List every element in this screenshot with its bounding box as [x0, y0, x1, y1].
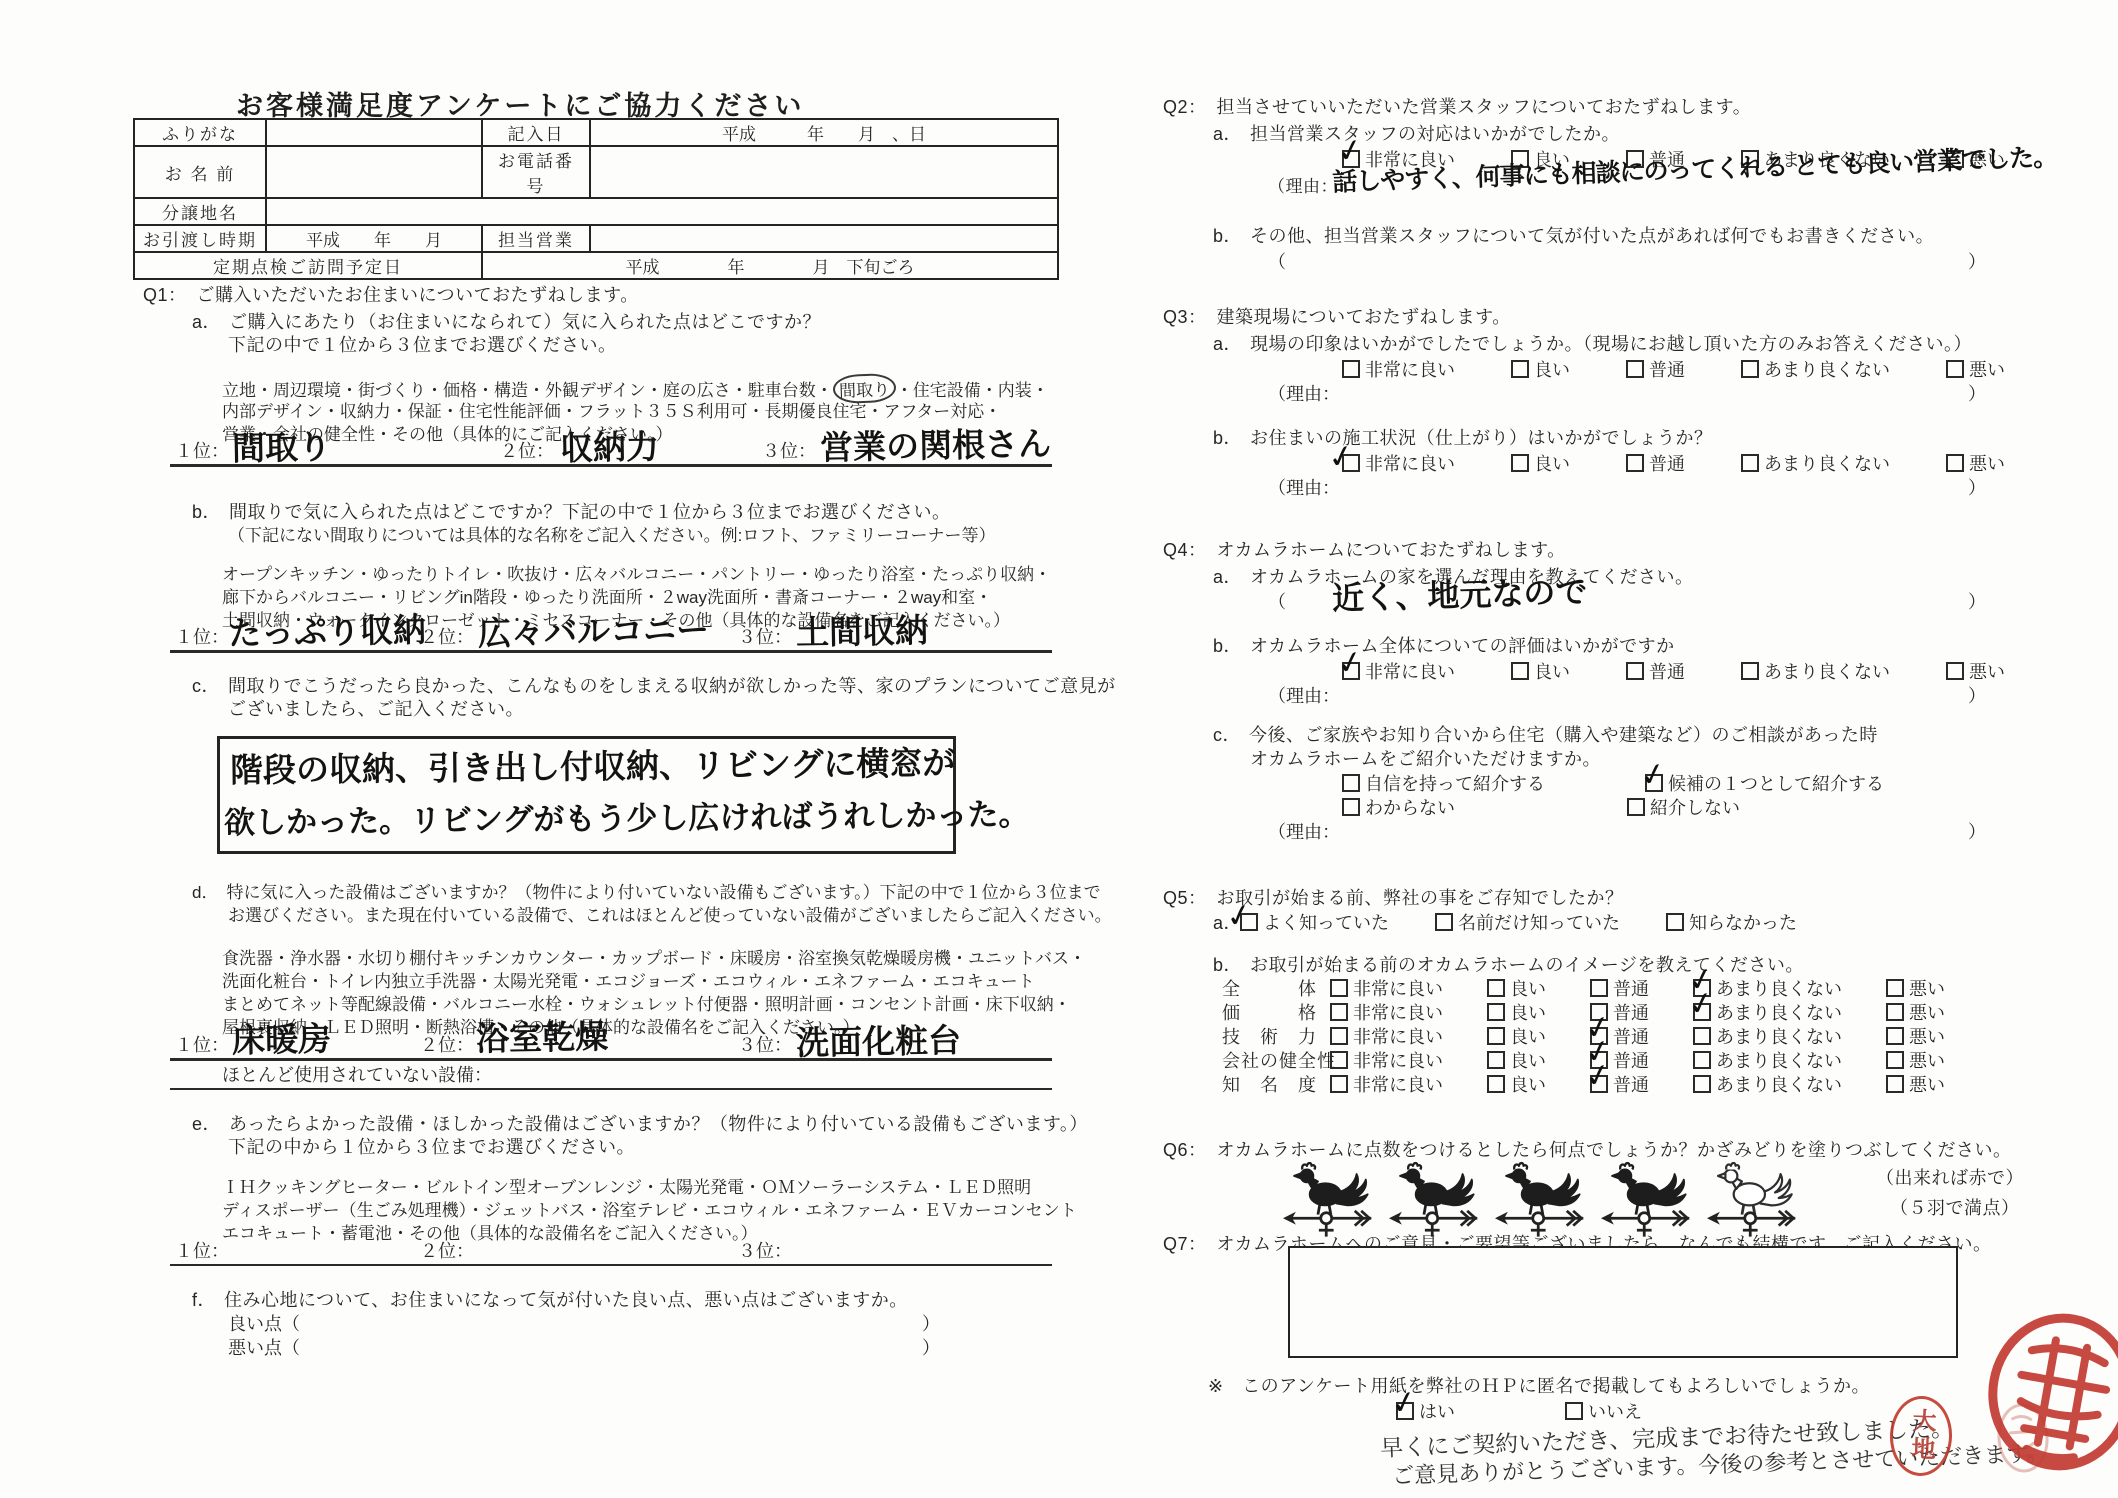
checkbox: [1946, 360, 1964, 378]
lot-name-field[interactable]: [266, 198, 1058, 225]
checkbox-knew-well[interactable]: ✓よく知っていた: [1240, 909, 1389, 935]
weathervane-filled-icon: [1389, 1155, 1481, 1241]
checkbox-normal[interactable]: 普通: [1590, 975, 1649, 1001]
checkbox-not-good[interactable]: あまり良くない: [1741, 356, 1890, 382]
checkbox: [1330, 1027, 1348, 1045]
good-point-label: 良い点（: [228, 1310, 300, 1336]
q1a-option-line-2: 内部デザイン・収納力・保証・住宅性能評価・フラット３５Ｓ利用可・長期優良住宅・ア…: [222, 397, 1001, 422]
checkbox: [1342, 774, 1360, 792]
q1b-option-line-1: オープンキッチン・ゆったりトイレ・吹抜け・広々バルコニー・パントリー・ゆったり浴…: [222, 560, 1051, 585]
checkbox: ✓: [1342, 662, 1360, 680]
checkbox-dont-know[interactable]: わからない: [1342, 794, 1455, 820]
checkbox-normal[interactable]: 普通: [1626, 450, 1685, 476]
checkbox: [1741, 360, 1759, 378]
checkbox-very-good[interactable]: ✓非常に良い: [1342, 658, 1455, 684]
q7-comment-box[interactable]: [1288, 1246, 1958, 1358]
q1-label: Q1：: [143, 285, 187, 305]
q1f-good-line[interactable]: 良い点（）: [228, 1310, 940, 1336]
checkbox-very-good[interactable]: 非常に良い: [1330, 1023, 1443, 1049]
q1d-question-2: お選びください。また現在付いている設備で、これはほとんど使っていない設備がござい…: [228, 901, 1112, 926]
rank1-label: １位：: [175, 1031, 229, 1057]
q1b-rank3-answer: 土間収納: [796, 605, 929, 654]
rank3-label: ３位：: [738, 623, 792, 649]
checkbox-normal[interactable]: 普通: [1626, 356, 1685, 382]
checkbox-bad[interactable]: 悪い: [1886, 1047, 1945, 1073]
checkbox: [1693, 1051, 1711, 1069]
checkbox: [1946, 454, 1964, 472]
q4b-reason-line[interactable]: （理由：）: [1268, 682, 1986, 708]
q1-heading: Q1：ご購入いただいたお住まいについておたずねします。: [143, 281, 639, 307]
checkbox: [1330, 1075, 1348, 1093]
checkbox: [1886, 1003, 1904, 1021]
q6-note-1: （出来れば赤で）: [1876, 1164, 2024, 1190]
checkbox-not-good[interactable]: ✓あまり良くない: [1693, 999, 1842, 1025]
close-paren: ）: [922, 1334, 940, 1360]
checkmark-icon: ✓: [1637, 757, 1669, 793]
q1a-rank-line[interactable]: １位：間取り ２位：収納力 ３位：営業の関根さん: [170, 438, 1052, 467]
checkbox-not-good[interactable]: あまり良くない: [1693, 1071, 1842, 1097]
checkbox-bad[interactable]: 悪い: [1946, 450, 2005, 476]
q1f-question: f．住み心地について、お住まいになって気が付いた良い点、悪い点はございますか。: [192, 1286, 908, 1312]
checkbox: [1886, 1075, 1904, 1093]
q2b-question: b．その他、担当営業スタッフについて気が付いた点があれば何でもお書きください。: [1213, 222, 1934, 248]
checkbox: [1946, 662, 1964, 680]
q4c-question-2: オカムラホームをご紹介いただけますか。: [1250, 745, 1601, 771]
checkbox-very-good[interactable]: 非常に良い: [1330, 975, 1443, 1001]
q1f-bad-line[interactable]: 悪い点（）: [228, 1334, 940, 1360]
entry-date-field[interactable]: 平成 年 月 、日: [590, 119, 1058, 146]
rank2-label: ２位：: [420, 623, 474, 649]
checkbox-very-good[interactable]: 非常に良い: [1330, 999, 1443, 1025]
q1a-rank2-answer: 収納力: [560, 421, 660, 470]
checkbox: ✓: [1240, 913, 1258, 931]
checkbox: [1626, 454, 1644, 472]
checkbox-recommend-confident[interactable]: 自信を持って紹介する: [1342, 770, 1545, 796]
q1a-rank1-answer: 間取り: [232, 421, 332, 470]
q1e-option-line-2: ディスポーザー（生ごみ処理機）・ジェットバス・浴室テレビ・エコウィル・エネファー…: [222, 1196, 1077, 1221]
checkbox: [1886, 979, 1904, 997]
checkbox-bad[interactable]: 悪い: [1946, 356, 2005, 382]
checkbox: [1330, 1003, 1348, 1021]
rank2-label: ２位：: [420, 1031, 474, 1057]
q1d-option-line-3: まとめてネット等配線設備・バルコニー水栓・ウォシュレット付便器・照明計画・コンセ…: [222, 990, 1071, 1015]
q5b-row-soundness: 非常に良い 良い ✓普通 あまり良くない 悪い: [1330, 1047, 1945, 1073]
lot-name-label: 分譲地名: [134, 198, 266, 225]
checkbox: [1487, 1003, 1505, 1021]
weathervane-filled-icon: [1283, 1155, 1375, 1241]
checkbox: ✓: [1645, 774, 1663, 792]
checkbox: [1590, 979, 1608, 997]
q6-weathervane-score[interactable]: [1283, 1155, 1799, 1241]
handover-field[interactable]: 平成 年 月: [266, 225, 482, 252]
checkbox-bad[interactable]: 悪い: [1886, 999, 1945, 1025]
checkbox-bad[interactable]: 悪い: [1886, 975, 1945, 1001]
checkbox-not-good[interactable]: あまり良くない: [1693, 1023, 1842, 1049]
rank2-label: ２位：: [500, 437, 554, 463]
checkbox-good[interactable]: 良い: [1487, 999, 1546, 1025]
sales-rep-field[interactable]: [590, 225, 1058, 252]
q1d-unused-line[interactable]: ほとんど使用されていない設備：: [170, 1062, 1052, 1090]
checkbox: [1342, 798, 1360, 816]
q5b-row-price: 非常に良い 良い 普通 ✓あまり良くない 悪い: [1330, 999, 1945, 1025]
checkbox-wont-recommend[interactable]: 紹介しない: [1627, 794, 1740, 820]
q1e-question-2: 下記の中から１位から３位までお選びください。: [228, 1133, 635, 1159]
q1d-rank1-answer: 床暖房: [232, 1013, 332, 1062]
checkbox: [1487, 1027, 1505, 1045]
furigana-field[interactable]: [266, 119, 482, 146]
rank2-label: ２位：: [420, 1237, 474, 1263]
checkbox-bad[interactable]: 悪い: [1886, 1071, 1945, 1097]
checkbox-good[interactable]: 良い: [1487, 1071, 1546, 1097]
q5b-question: b．お取引が始まる前のオカムラホームのイメージを教えてください。: [1213, 951, 1804, 977]
checkbox-bad[interactable]: 悪い: [1946, 658, 2005, 684]
checkbox: [1342, 360, 1360, 378]
checkbox: ✓: [1590, 1075, 1608, 1093]
q3a-question: a．現場の印象はいかがでしたでしょうか。（現場にお越し頂いた方のみお答えください…: [1213, 330, 1972, 356]
checkbox: [1330, 979, 1348, 997]
rank3-label: ３位：: [738, 1031, 792, 1057]
q3b-question: b．お住まいの施工状況（仕上がり）はいかがでしょうか？: [1213, 424, 1713, 450]
q2b-answer-line[interactable]: （）: [1268, 248, 1986, 274]
checkbox: [1693, 1075, 1711, 1093]
checkbox-good[interactable]: 良い: [1487, 1047, 1546, 1073]
q3b-options: ✓非常に良い 良い 普通 あまり良くない 悪い: [1342, 450, 2005, 476]
checkbox-very-good[interactable]: 非常に良い: [1342, 356, 1455, 382]
q2a-reason-label: （理由：: [1268, 172, 1338, 197]
checkbox: [1511, 662, 1529, 680]
rank1-label: １位：: [175, 623, 229, 649]
checkbox-recommend-candidate[interactable]: ✓候補の１つとして紹介する: [1645, 770, 1884, 796]
checkbox: [1487, 1051, 1505, 1069]
checkbox-very-good[interactable]: 非常に良い: [1330, 1047, 1443, 1073]
checkbox-good[interactable]: 良い: [1487, 975, 1546, 1001]
q5b-row-name: 会社の健全性: [1222, 1047, 1336, 1073]
name-label: お 名 前: [134, 146, 266, 198]
checkbox: [1627, 798, 1645, 816]
q6-note-2: （５羽で満点）: [1890, 1194, 2020, 1220]
q1b-option-line-2: 廊下からバルコニー・リビングin階段・ゆったり洗面所・２way洗面所・書斎コーナ…: [222, 583, 992, 608]
checkbox: [1626, 662, 1644, 680]
checkbox: [1741, 662, 1759, 680]
q4c-options-row2: わからない 紹介しない: [1342, 794, 1740, 820]
q1b-rank2-answer: 広々バルコニー: [478, 604, 710, 655]
checkbox: [1626, 360, 1644, 378]
q1e-option-line-1: ＩＨクッキングヒーター・ビルトイン型オーブンレンジ・太陽光発電・ＯＭソーラーシス…: [222, 1173, 1031, 1198]
survey-sheet: お客様満足度アンケートにご協力ください ふりがな 記入日 平成 年 月 、日 お…: [0, 0, 2118, 1498]
checkbox: [1435, 913, 1453, 931]
q1c-question-2: ございましたら、ご記入ください。: [228, 695, 524, 721]
close-paren: ）: [922, 1310, 940, 1336]
q5b-row-name: 全 体: [1222, 975, 1317, 1001]
checkbox-very-good[interactable]: 非常に良い: [1330, 1071, 1443, 1097]
q4-heading: Q4：オカムラホームについておたずねします。: [1163, 536, 1566, 562]
q1e-rank-line[interactable]: １位： ２位： ３位：: [170, 1238, 1052, 1266]
footer-publish-note: ※ このアンケート用紙を弊社のＨＰに匿名で掲載してもよろしいでしょうか。: [1208, 1372, 1870, 1398]
bad-point-label: 悪い点（: [228, 1334, 300, 1360]
checkbox-good[interactable]: 良い: [1511, 356, 1570, 382]
sales-rep-label: 担当営業: [482, 225, 590, 252]
checkbox: [1666, 913, 1684, 931]
q4b-options: ✓非常に良い 良い 普通 あまり良くない 悪い: [1342, 658, 2005, 684]
checkbox: [1741, 454, 1759, 472]
q5b-row-name: 知 名 度: [1222, 1071, 1317, 1097]
q1d-unused-label: ほとんど使用されていない設備：: [222, 1061, 492, 1087]
checkbox: [1487, 1075, 1505, 1093]
checkbox: [1511, 454, 1529, 472]
q5b-row-awareness: 非常に良い 良い ✓普通 あまり良くない 悪い: [1330, 1071, 1945, 1097]
q1c-handwriting-1: 階段の収納、引き出し付収納、リビングに横窓が: [230, 737, 956, 792]
checkbox-good[interactable]: 良い: [1487, 1023, 1546, 1049]
q5b-row-name: 技 術 力: [1222, 1023, 1317, 1049]
weathervane-filled-icon: [1495, 1155, 1587, 1241]
red-seal-stamp: [1972, 1300, 2118, 1484]
q4b-question: b．オカムラホーム全体についての評価はいかがですか: [1213, 632, 1675, 658]
checkbox-bad[interactable]: 悪い: [1886, 1023, 1945, 1049]
q1-intro: ご購入いただいたお住まいについておたずねします。: [197, 285, 639, 305]
q1d-rank2-answer: 浴室乾燥: [476, 1011, 609, 1060]
q5b-row-overall: 非常に良い 良い 普通 ✓あまり良くない 悪い: [1330, 975, 1945, 1001]
q4c-question: c．今後、ご家族やお知り合いから住宅（購入や建築など）のご相談があった時: [1213, 721, 1878, 747]
checkbox: ✓: [1342, 454, 1360, 472]
q1d-rank-line[interactable]: １位：床暖房 ２位：浴室乾燥 ３位：洗面化粧台: [170, 1032, 1052, 1061]
checkbox-normal[interactable]: ✓普通: [1590, 1071, 1649, 1097]
q1d-option-line-2: 洗面化粧台・トイレ内独立手洗器・太陽光発電・エコジョーズ・エコウィル・エネファー…: [222, 967, 1035, 992]
phone-label: お電話番号: [482, 146, 590, 198]
checkbox-normal[interactable]: 普通: [1626, 658, 1685, 684]
footer-publish-options: ✓はい いいえ: [1396, 1398, 1642, 1424]
q2-heading: Q2：担当させていいただいた営業スタッフについておたずねします。: [1163, 93, 1751, 119]
handover-label: お引渡し時期: [134, 225, 266, 252]
q1b-rank1-answer: たっぷり収納: [228, 604, 427, 654]
q1b-question-2: （下記にない間取りについては具体的な名称をご記入ください。例:ロフト、ファミリー…: [228, 521, 996, 546]
info-table: ふりがな 記入日 平成 年 月 、日 お 名 前 お電話番号 分譲地名 お引渡し…: [133, 118, 1059, 280]
weathervane-outline-icon: [1707, 1155, 1799, 1241]
q1d-option-line-1: 食洗器・浄水器・水切り棚付キッチンカウンター・カップボード・床暖房・浴室換気乾燥…: [222, 944, 1086, 969]
checkbox: [1886, 1051, 1904, 1069]
checkbox-not-good[interactable]: ✓あまり良くない: [1693, 975, 1842, 1001]
checkbox-not-good[interactable]: あまり良くない: [1693, 1047, 1842, 1073]
q1b-rank-line[interactable]: １位：たっぷり収納 ２位：広々バルコニー ３位：土間収納: [170, 624, 1052, 653]
phone-field[interactable]: [590, 146, 1058, 198]
q4c-options-row1: 自信を持って紹介する ✓候補の１つとして紹介する: [1342, 770, 1884, 796]
checkbox: [1511, 360, 1529, 378]
checkbox: ✓: [1693, 1003, 1711, 1021]
checkbox-good[interactable]: 良い: [1511, 658, 1570, 684]
checkbox: [1886, 1027, 1904, 1045]
inspection-field[interactable]: 平成 年 月 下旬ごろ: [482, 252, 1058, 279]
q1a-rank3-answer: 営業の関根さん: [820, 418, 1052, 469]
q1d-question: d．特に気に入った設備はございますか？（物件により付いていない設備もございます。…: [192, 878, 1101, 903]
checkbox-very-good[interactable]: ✓非常に良い: [1342, 450, 1455, 476]
inspection-label: 定期点検ご訪問予定日: [134, 252, 482, 279]
q4a-handwriting: 近く、地元なので: [1331, 567, 1587, 620]
checkbox-did-not-know[interactable]: 知らなかった: [1666, 909, 1797, 935]
q3-heading: Q3：建築現場についておたずねします。: [1163, 303, 1511, 329]
q3a-options: 非常に良い 良い 普通 あまり良くない 悪い: [1342, 356, 2005, 382]
q1a-question-2: 下記の中で１位から３位までお選びください。: [228, 331, 617, 357]
checkbox-not-good[interactable]: あまり良くない: [1741, 658, 1890, 684]
checkbox-yes[interactable]: ✓はい: [1396, 1398, 1455, 1424]
entry-date-label: 記入日: [482, 119, 590, 146]
q1c-handwriting-2: 欲しかった。リビングがもう少し広ければうれしかった。: [224, 789, 1030, 842]
weathervane-filled-icon: [1601, 1155, 1693, 1241]
checkbox-knew-name-only[interactable]: 名前だけ知っていた: [1435, 909, 1620, 935]
q3a-reason-line[interactable]: （理由：）: [1268, 380, 1986, 406]
q1d-rank3-answer: 洗面化粧台: [796, 1015, 962, 1065]
rank3-label: ３位：: [762, 437, 816, 463]
q1c-comment-box[interactable]: 階段の収納、引き出し付収納、リビングに横窓が 欲しかった。リビングがもう少し広け…: [217, 736, 956, 854]
q2a-question: a．担当営業スタッフの対応はいかがでしたか。: [1213, 120, 1620, 146]
checkbox: ✓: [1396, 1402, 1414, 1420]
checkbox-good[interactable]: 良い: [1511, 450, 1570, 476]
name-field[interactable]: [266, 146, 482, 198]
rank1-label: １位：: [175, 437, 229, 463]
rank3-label: ３位：: [738, 1237, 792, 1263]
q5b-row-name: 価 格: [1222, 999, 1317, 1025]
checkbox: [1330, 1051, 1348, 1069]
furigana-label: ふりがな: [134, 119, 266, 146]
checkbox-no[interactable]: いいえ: [1565, 1398, 1642, 1424]
q3b-reason-line[interactable]: （理由：）: [1268, 474, 1986, 500]
q5a-options: ✓よく知っていた 名前だけ知っていた 知らなかった: [1240, 909, 1797, 935]
checkbox: [1487, 979, 1505, 997]
q4c-reason-line[interactable]: （理由：）: [1268, 818, 1986, 844]
checkbox: [1565, 1402, 1583, 1420]
checkbox-not-good[interactable]: あまり良くない: [1741, 450, 1890, 476]
checkbox: [1693, 1027, 1711, 1045]
q5b-row-technology: 非常に良い 良い ✓普通 あまり良くない 悪い: [1330, 1023, 1945, 1049]
rank1-label: １位：: [175, 1237, 229, 1263]
